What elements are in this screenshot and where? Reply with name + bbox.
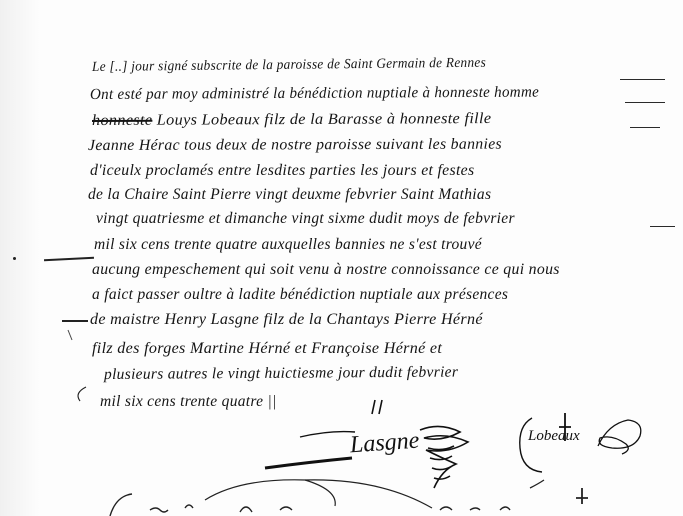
line-text: de la Chaire Saint Pierre vingt deuxme f… bbox=[88, 186, 491, 203]
line-text: filz des forges Martine Hérné et Françoi… bbox=[92, 340, 442, 357]
line-text: de maistre Henry Lasgne filz de la Chant… bbox=[90, 311, 483, 328]
line-text: a faict passer oultre à ladite bénédicti… bbox=[92, 286, 508, 303]
text-line-13: plusieurs autres le vingt huictiesme jou… bbox=[104, 364, 458, 384]
line-filler-dash bbox=[625, 102, 665, 103]
margin-stroke bbox=[62, 320, 88, 322]
line-text: Jeanne Hérac tous deux de nostre paroiss… bbox=[88, 136, 502, 154]
text-line-4: Jeanne Hérac tous deux de nostre paroiss… bbox=[88, 136, 502, 155]
text-line-12: filz des forges Martine Hérné et Françoi… bbox=[92, 340, 442, 358]
fragment-text: [illegible — next entry begins, cut off] bbox=[140, 496, 366, 511]
line-text: Louys Lobeaux filz de la Barasse à honne… bbox=[157, 110, 492, 129]
struck-word: honneste bbox=[92, 112, 152, 129]
signature-lobeaux: Lobeaux bbox=[528, 428, 580, 445]
line-text: mil six cens trente quatre auxquelles ba… bbox=[94, 236, 482, 253]
page-shadow bbox=[0, 0, 40, 516]
text-line-3: honneste Louys Lobeaux filz de la Barass… bbox=[92, 110, 491, 130]
text-line-14: mil six cens trente quatre || bbox=[100, 393, 277, 411]
line-text: vingt quatriesme et dimanche vingt sixme… bbox=[96, 210, 515, 227]
line-filler-dash bbox=[650, 226, 675, 227]
text-line-11: de maistre Henry Lasgne filz de la Chant… bbox=[90, 311, 483, 329]
text-line-1: Le [..] jour signé subscrite de la paroi… bbox=[92, 56, 486, 76]
line-text: Ont esté par moy administré la bénédicti… bbox=[90, 84, 539, 103]
line-filler-dash bbox=[620, 79, 665, 80]
signature-lasgne: Lasgne bbox=[349, 428, 420, 460]
line-text: aucung empeschement qui soit venu à nost… bbox=[92, 261, 560, 278]
text-line-5: d'iceulx proclamés entre lesdites partie… bbox=[90, 162, 474, 180]
text-line-7: vingt quatriesme et dimanche vingt sixme… bbox=[96, 210, 515, 228]
text-line-9: aucung empeschement qui soit venu à nost… bbox=[92, 261, 560, 279]
line-filler-dash bbox=[630, 127, 660, 128]
line-text: plusieurs autres le vingt huictiesme jou… bbox=[104, 364, 458, 383]
text-line-2: Ont esté par moy administré la bénédicti… bbox=[90, 84, 539, 104]
signature-text: Lasgne bbox=[349, 428, 420, 459]
text-line-6: de la Chaire Saint Pierre vingt deuxme f… bbox=[88, 186, 491, 204]
line-text: d'iceulx proclamés entre lesdites partie… bbox=[90, 162, 474, 179]
manuscript-page: Le [..] jour signé subscrite de la paroi… bbox=[0, 0, 683, 516]
line-text: Le [..] jour signé subscrite de la paroi… bbox=[92, 56, 486, 75]
margin-stroke bbox=[44, 257, 94, 262]
margin-dot bbox=[13, 257, 16, 260]
line-text: mil six cens trente quatre || bbox=[100, 393, 277, 410]
text-line-8: mil six cens trente quatre auxquelles ba… bbox=[94, 236, 482, 254]
signature-text: Lobeaux bbox=[528, 428, 580, 444]
text-line-10: a faict passer oultre à ladite bénédicti… bbox=[92, 286, 508, 304]
signature-flourishes bbox=[0, 0, 683, 516]
